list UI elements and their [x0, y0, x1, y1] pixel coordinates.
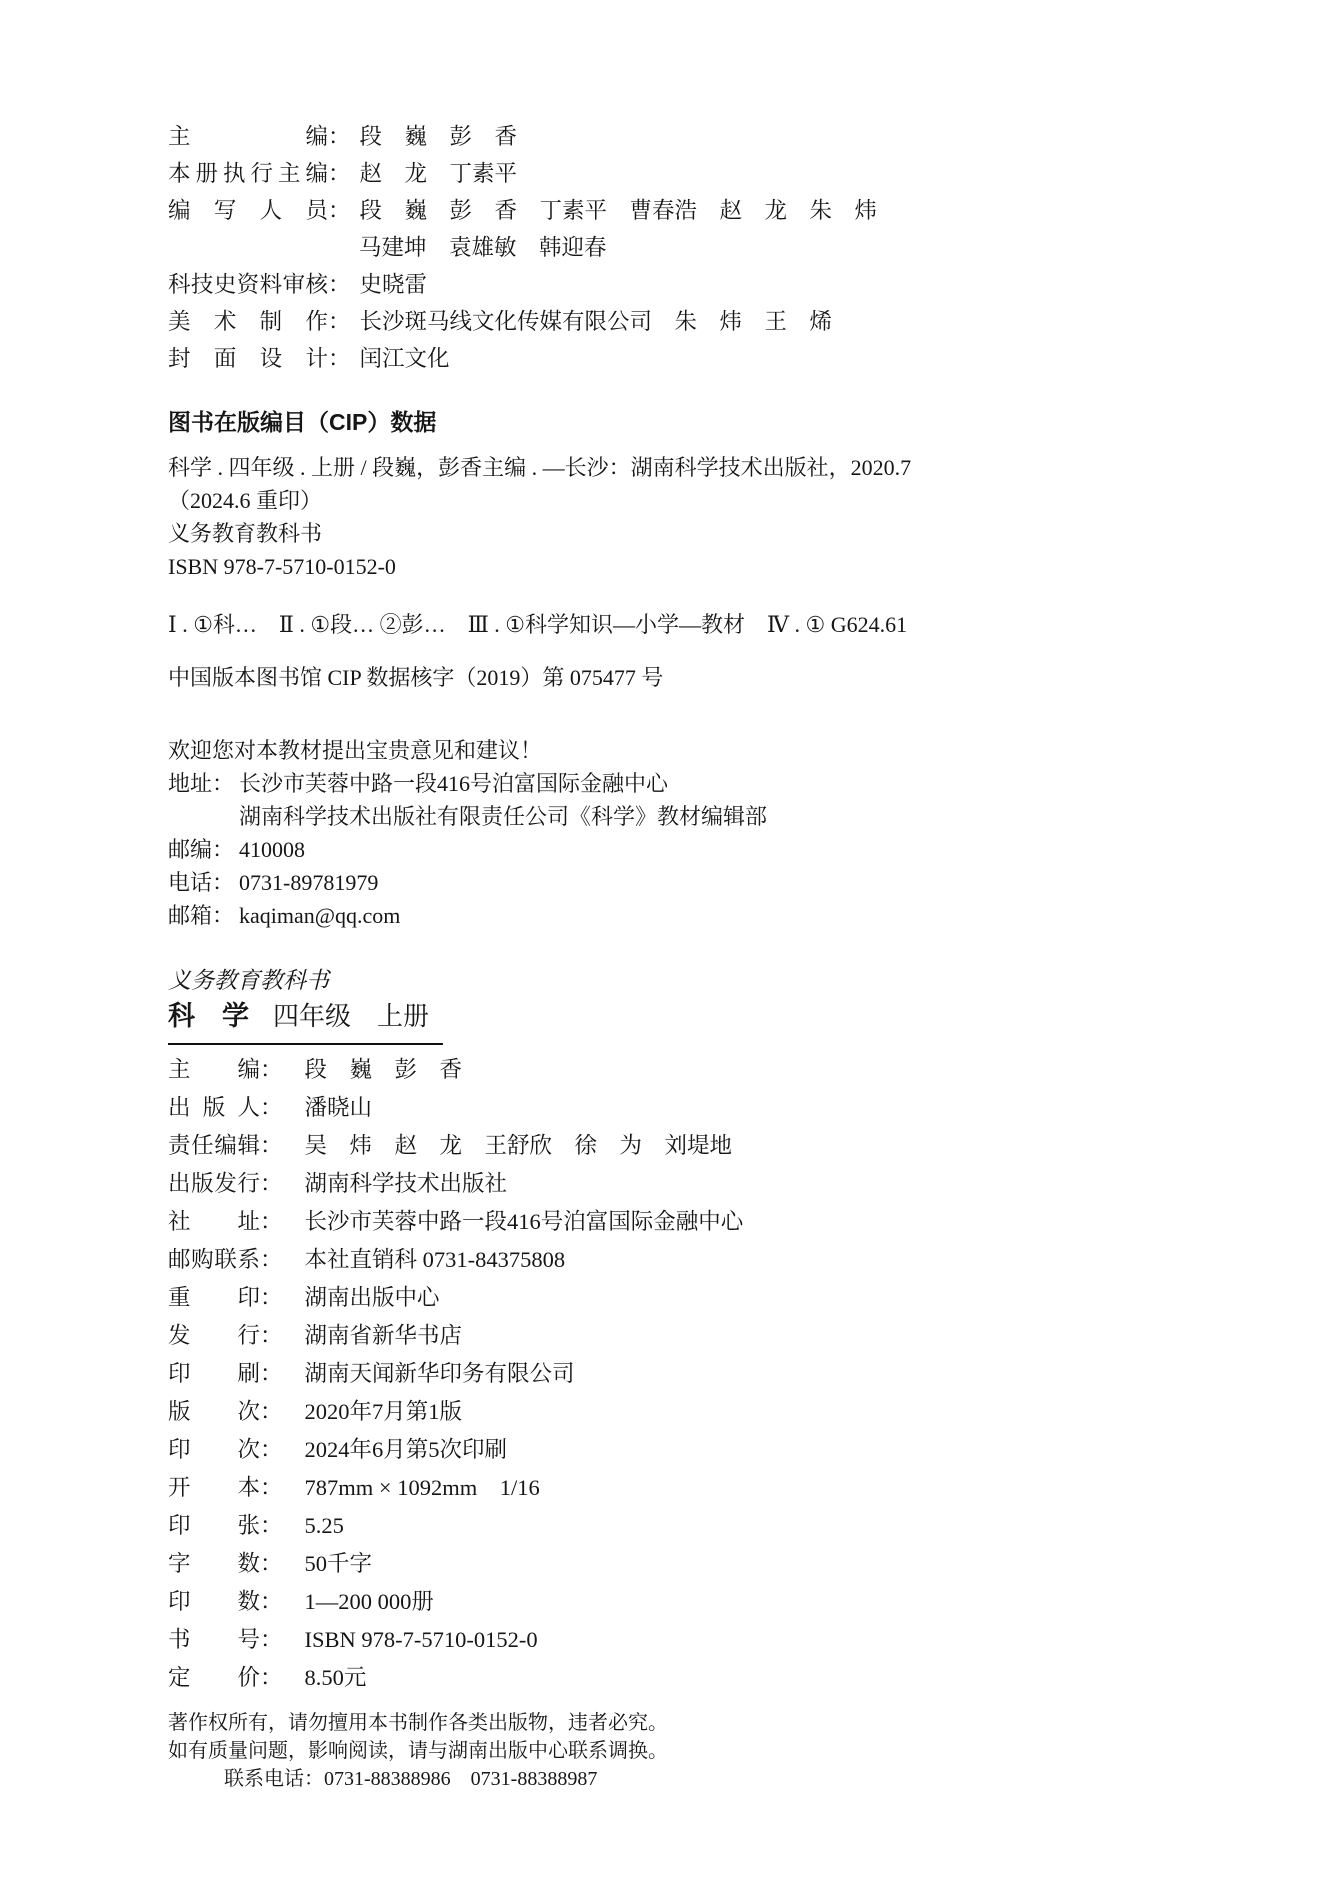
contact-row-phone: 电话：0731-89781979 [168, 866, 1262, 899]
colophon-value: 787mm × 1092mm 1/16 [305, 1469, 540, 1507]
copyright-page: 主编：段 巍 彭 香 本册执行主编：赵 龙 丁素平 编写人员：段 巍 彭 香 丁… [0, 0, 1332, 1885]
colophon-label: 出版人 [168, 1089, 260, 1127]
book-title-grade: 四年级 [273, 1002, 351, 1031]
phone-label: 电话 [168, 866, 212, 899]
colophon-row: 出版人：潘晓山 [168, 1089, 1262, 1127]
colophon-value: 本社直销科 0731-84375808 [305, 1241, 566, 1279]
notice-line: 著作权所有，请勿擅用本书制作各类出版物，违者必究。 [168, 1709, 1262, 1737]
colophon-colon: ： [260, 1089, 283, 1127]
colophon-label: 印次 [168, 1431, 260, 1469]
feedback-intro: 欢迎您对本教材提出宝贵意见和建议！ [168, 734, 1262, 767]
colophon-label: 版次 [168, 1393, 260, 1431]
series-title: 义务教育教科书 [168, 964, 1262, 998]
colophon-colon: ： [260, 1165, 283, 1203]
credit-colon: ： [328, 192, 351, 229]
cip-desc-line: 科学 . 四年级 . 上册 / 段巍，彭香主编 . —长沙：湖南科学技术出版社，… [168, 451, 1262, 484]
colophon-row: 社址：长沙市芙蓉中路一段416号泊富国际金融中心 [168, 1203, 1262, 1241]
contact-colon: ： [212, 833, 234, 866]
credit-colon: ： [328, 155, 351, 192]
colophon-row: 印刷：湖南天闻新华印务有限公司 [168, 1355, 1262, 1393]
contact-row-postcode: 邮编：410008 [168, 833, 1262, 866]
credit-row: 本册执行主编：赵 龙 丁素平 [168, 155, 1262, 192]
credit-row: 主编：段 巍 彭 香 [168, 118, 1262, 155]
postcode-value: 410008 [239, 833, 305, 866]
colophon-value: 5.25 [305, 1507, 344, 1545]
colophon-value: 湖南省新华书店 [305, 1317, 463, 1355]
colophon-row: 版次：2020年7月第1版 [168, 1393, 1262, 1431]
colophon-value: 2024年6月第5次印刷 [305, 1431, 508, 1469]
colophon-colon: ： [260, 1659, 283, 1697]
cip-block: 图书在版编目（CIP）数据 科学 . 四年级 . 上册 / 段巍，彭香主编 . … [168, 405, 1262, 694]
email-label: 邮箱 [168, 899, 212, 932]
cip-heading: 图书在版编目（CIP）数据 [168, 405, 1262, 439]
colophon-value: 吴 炜 赵 龙 王舒欣 徐 为 刘堤地 [305, 1127, 733, 1165]
colophon-row: 印张：5.25 [168, 1507, 1262, 1545]
colophon-value: 1—200 000册 [305, 1583, 434, 1621]
cip-desc-line: ISBN 978-7-5710-0152-0 [168, 550, 1262, 583]
colophon-colon: ： [260, 1241, 283, 1279]
colophon-colon: ： [260, 1127, 283, 1165]
credit-row: 编写人员：段 巍 彭 香 丁素平 曹春浩 赵 龙 朱 炜 [168, 192, 1262, 229]
colophon-colon: ： [260, 1317, 283, 1355]
colophon-row: 开本：787mm × 1092mm 1/16 [168, 1469, 1262, 1507]
credit-label: 科技史资料审核 [168, 266, 328, 303]
contact-colon: ： [212, 767, 234, 833]
colophon-row: 印次：2024年6月第5次印刷 [168, 1431, 1262, 1469]
book-title: 科 学四年级上册 [168, 998, 443, 1045]
colophon-value: 2020年7月第1版 [305, 1393, 463, 1431]
colophon-label: 出版发行 [168, 1165, 260, 1203]
credit-label: 美术制作 [168, 303, 328, 340]
address-value: 长沙市芙蓉中路一段416号泊富国际金融中心 湖南科学技术出版社有限责任公司《科学… [239, 767, 767, 833]
colophon-row: 主编：段 巍 彭 香 [168, 1051, 1262, 1089]
colophon-colon: ： [260, 1279, 283, 1317]
contact-colon: ： [212, 899, 234, 932]
credit-row: 美术制作：长沙斑马线文化传媒有限公司 朱 炜 王 烯 [168, 303, 1262, 340]
address-line: 长沙市芙蓉中路一段416号泊富国际金融中心 [239, 767, 767, 800]
credit-row: 科技史资料审核：史晓雷 [168, 266, 1262, 303]
colophon-value: 湖南科学技术出版社 [305, 1165, 508, 1203]
colophon-colon: ： [260, 1431, 283, 1469]
colophon-colon: ： [260, 1393, 283, 1431]
colophon-label: 开本 [168, 1469, 260, 1507]
cip-desc-line: 义务教育教科书 [168, 517, 1262, 550]
credit-value: 段 巍 彭 香 丁素平 曹春浩 赵 龙 朱 炜 [360, 192, 878, 229]
book-title-main: 科 学 [168, 1001, 249, 1031]
colophon-label: 责任编辑 [168, 1127, 260, 1165]
credit-row: 封面设计：闰江文化 [168, 340, 1262, 377]
colophon-row: 出版发行：湖南科学技术出版社 [168, 1165, 1262, 1203]
phone-value: 0731-89781979 [239, 866, 378, 899]
credit-value: 史晓雷 [360, 266, 428, 303]
colophon-label: 字数 [168, 1545, 260, 1583]
credit-label: 封面设计 [168, 340, 328, 377]
colophon-label: 定价 [168, 1659, 260, 1697]
colophon-colon: ： [260, 1355, 283, 1393]
contact-colon: ： [212, 866, 234, 899]
postcode-label: 邮编 [168, 833, 212, 866]
colophon-colon: ： [260, 1545, 283, 1583]
credit-colon: ： [328, 340, 351, 377]
edition-block: 义务教育教科书 科 学四年级上册 主编：段 巍 彭 香 出版人：潘晓山 责任编辑… [168, 964, 1262, 1697]
colophon-label: 重印 [168, 1279, 260, 1317]
colophon-label: 印张 [168, 1507, 260, 1545]
cip-description: 科学 . 四年级 . 上册 / 段巍，彭香主编 . —长沙：湖南科学技术出版社，… [168, 451, 1262, 583]
colophon-row: 书号：ISBN 978-7-5710-0152-0 [168, 1621, 1262, 1659]
credit-row-continuation: 马建坤 袁雄敏 韩迎春 [168, 229, 1262, 266]
notice-contact-phones: 联系电话：0731-88388986 0731-88388987 [168, 1765, 1262, 1793]
colophon-row: 定价：8.50元 [168, 1659, 1262, 1697]
contact-row-address: 地址： 长沙市芙蓉中路一段416号泊富国际金融中心 湖南科学技术出版社有限责任公… [168, 767, 1262, 833]
colophon-label: 印刷 [168, 1355, 260, 1393]
contact-block: 欢迎您对本教材提出宝贵意见和建议！ 地址： 长沙市芙蓉中路一段416号泊富国际金… [168, 734, 1262, 932]
colophon-row: 责任编辑：吴 炜 赵 龙 王舒欣 徐 为 刘堤地 [168, 1127, 1262, 1165]
colophon-colon: ： [260, 1469, 283, 1507]
credits-block: 主编：段 巍 彭 香 本册执行主编：赵 龙 丁素平 编写人员：段 巍 彭 香 丁… [168, 118, 1262, 377]
colophon-value: ISBN 978-7-5710-0152-0 [305, 1621, 538, 1659]
colophon-label: 主编 [168, 1051, 260, 1089]
colophon-value: 湖南天闻新华印务有限公司 [305, 1355, 575, 1393]
credit-colon: ： [328, 303, 351, 340]
credit-value: 赵 龙 丁素平 [360, 155, 518, 192]
colophon-rows: 主编：段 巍 彭 香 出版人：潘晓山 责任编辑：吴 炜 赵 龙 王舒欣 徐 为 … [168, 1051, 1262, 1697]
colophon-value: 长沙市芙蓉中路一段416号泊富国际金融中心 [305, 1203, 744, 1241]
colophon-colon: ： [260, 1583, 283, 1621]
address-line: 湖南科学技术出版社有限责任公司《科学》教材编辑部 [239, 800, 767, 833]
colophon-row: 重印：湖南出版中心 [168, 1279, 1262, 1317]
colophon-value: 湖南出版中心 [305, 1279, 440, 1317]
colophon-label: 印数 [168, 1583, 260, 1621]
credit-value: 闰江文化 [360, 340, 450, 377]
cip-desc-line: （2024.6 重印） [168, 484, 1262, 517]
book-title-volume: 上册 [377, 1002, 429, 1031]
copyright-notice: 著作权所有，请勿擅用本书制作各类出版物，违者必究。 如有质量问题，影响阅读，请与… [168, 1709, 1262, 1793]
colophon-colon: ： [260, 1621, 283, 1659]
colophon-colon: ： [260, 1203, 283, 1241]
credit-label: 主编 [168, 118, 328, 155]
email-value: kaqiman@qq.com [239, 899, 400, 932]
colophon-value: 潘晓山 [305, 1089, 373, 1127]
colophon-row: 字数：50千字 [168, 1545, 1262, 1583]
contact-row-email: 邮箱：kaqiman@qq.com [168, 899, 1262, 932]
colophon-label: 发行 [168, 1317, 260, 1355]
cip-record-number: 中国版本图书馆 CIP 数据核字（2019）第 075477 号 [168, 661, 1262, 694]
colophon-value: 段 巍 彭 香 [305, 1051, 463, 1089]
colophon-row: 发行：湖南省新华书店 [168, 1317, 1262, 1355]
colophon-value: 50千字 [305, 1545, 373, 1583]
credit-value: 段 巍 彭 香 [360, 118, 518, 155]
cip-classification: Ⅰ . ①科… Ⅱ . ①段… ②彭… Ⅲ . ①科学知识—小学—教材 Ⅳ . … [168, 608, 1262, 641]
colophon-row: 邮购联系：本社直销科 0731-84375808 [168, 1241, 1262, 1279]
credit-value: 长沙斑马线文化传媒有限公司 朱 炜 王 烯 [360, 303, 833, 340]
colophon-colon: ： [260, 1051, 283, 1089]
colophon-colon: ： [260, 1507, 283, 1545]
credit-colon: ： [328, 266, 351, 303]
address-label: 地址 [168, 767, 212, 833]
colophon-value: 8.50元 [305, 1659, 367, 1697]
colophon-row: 印数：1—200 000册 [168, 1583, 1262, 1621]
credit-colon: ： [328, 118, 351, 155]
colophon-label: 书号 [168, 1621, 260, 1659]
credit-label: 编写人员 [168, 192, 328, 229]
credit-label: 本册执行主编 [168, 155, 328, 192]
colophon-label: 社址 [168, 1203, 260, 1241]
credit-value: 马建坤 袁雄敏 韩迎春 [359, 229, 607, 266]
colophon-label: 邮购联系 [168, 1241, 260, 1279]
notice-line: 如有质量问题，影响阅读，请与湖南出版中心联系调换。 [168, 1737, 1262, 1765]
